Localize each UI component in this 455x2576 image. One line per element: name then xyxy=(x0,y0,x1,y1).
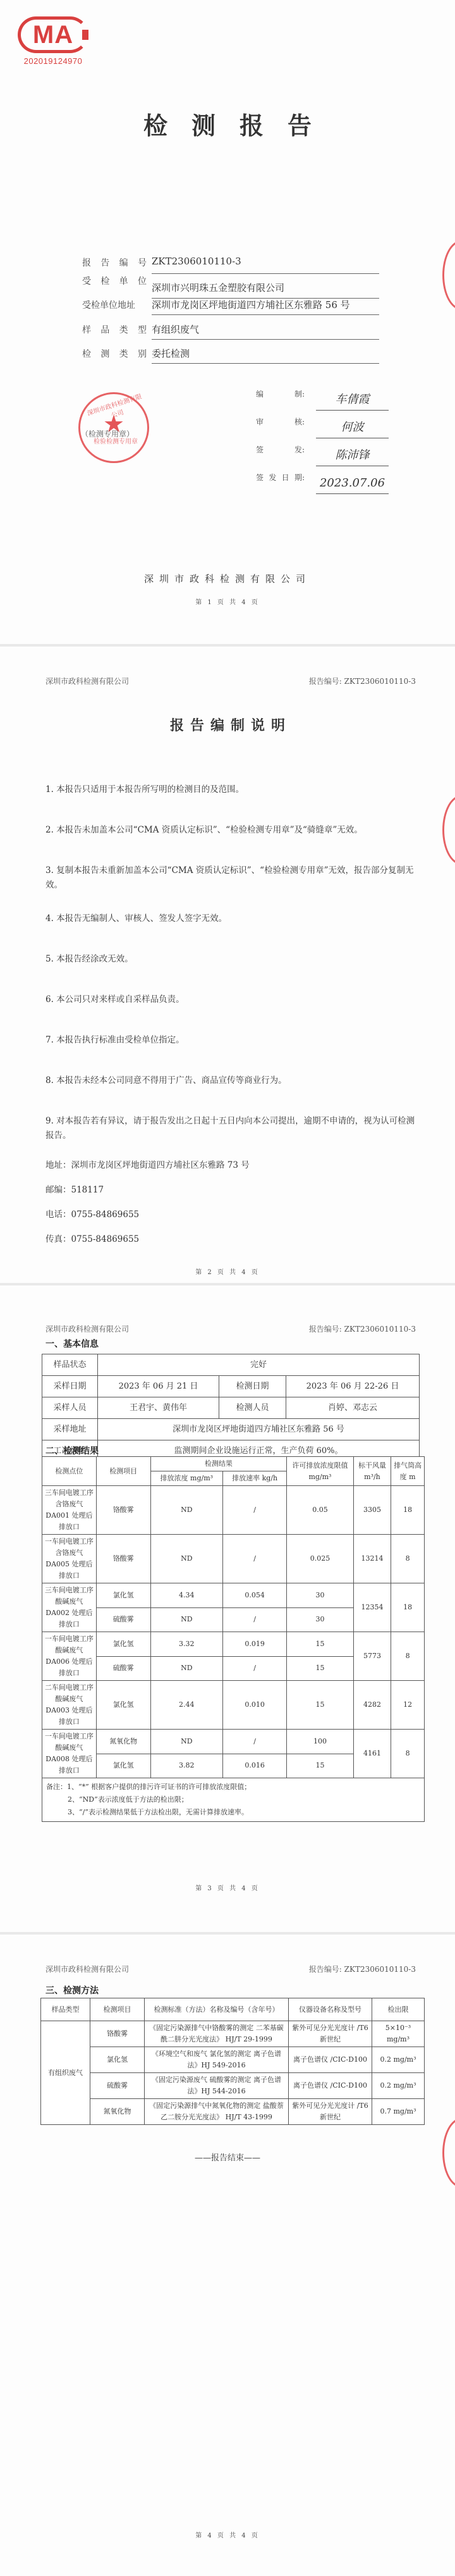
header-company: 深圳市政科检测有限公司 xyxy=(45,1323,129,1334)
issue-date: 2023.07.06 xyxy=(316,473,389,494)
info-label: 受检单位地址 xyxy=(82,297,147,311)
table-header-row: 样品类型 检测项目 检测标准（方法）名称及编号（含年号） 仪器设备名称及型号 检… xyxy=(41,1998,425,2021)
instructions-list: 1. 本报告只适用于本报告所写明的检测目的及范围。 2. 本报告未加盖本公司“C… xyxy=(45,783,418,1169)
client-address-value: 深圳市龙岗区坪地街道四方埔社区东雅路 56 号 xyxy=(152,297,379,315)
signature-row-compiler: 编制: 车倩霞 xyxy=(256,383,389,411)
instructions-title: 报告编制说明 xyxy=(0,715,455,734)
table-row: 硫酸雾 《固定污染源废气 硫酸雾的测定 离子色谱法》HJ 544-2016 离子… xyxy=(41,2073,425,2099)
sample-type: 有组织废气 xyxy=(41,2021,90,2125)
page-number: 第 1 页 共 4 页 xyxy=(0,597,455,606)
cma-number: 202019124970 xyxy=(18,56,88,66)
info-label: 报告编号 xyxy=(82,255,147,269)
remark-line: 3、“/”表示检测结果低于方法检出限，无需计算排放速率。 xyxy=(46,1806,420,1819)
page-number: 第 4 页 共 4 页 xyxy=(0,2530,455,2539)
page-number: 第 3 页 共 4 页 xyxy=(0,1883,455,1892)
report-end-mark: ——报告结束—— xyxy=(0,2151,455,2163)
info-row-sample-type: 样品类型 有组织废气 xyxy=(82,322,379,347)
test-date: 2023 年 06 月 22-26 日 xyxy=(286,1376,420,1397)
section-title-basic: 一、基本信息 xyxy=(45,1337,99,1350)
running-header: 深圳市政科检测有限公司 报告编号: ZKT2306010110-3 xyxy=(45,1964,416,1974)
running-header: 深圳市政科检测有限公司 报告编号: ZKT2306010110-3 xyxy=(45,676,416,686)
table-row: 采样人员 王君宇、黄伟年 检测人员 肖婷、邓志云 xyxy=(42,1397,420,1419)
info-row-client-address: 受检单位地址 深圳市龙岗区坪地街道四方埔社区东雅路 56 号 xyxy=(82,297,379,322)
contact-info: 地址：深圳市龙岗区坪地街道四方埔社区东雅路 73 号 邮编：518117 电话：… xyxy=(45,1158,250,1256)
client-value: 深圳市兴明珠五金塑胶有限公司 xyxy=(152,273,379,299)
header-report-no: 报告编号: ZKT2306010110-3 xyxy=(309,1964,416,1974)
signature-row-issue-date: 签发日期: 2023.07.06 xyxy=(256,466,389,494)
table-row: 有组织废气 铬酸雾 《固定污染源排气中铬酸雾的测定 二苯基碳酰二肼分光光度法》 … xyxy=(41,2021,425,2047)
table-row: 氮氧化物 《固定污染源排气中氮氧化物的测定 盐酸萘乙二胺分光光度法》 HJ/T … xyxy=(41,2099,425,2125)
info-row-client: 受检单位 深圳市兴明珠五金塑胶有限公司 xyxy=(82,273,379,298)
header-report-no: 报告编号: ZKT2306010110-3 xyxy=(309,1323,416,1334)
page-instructions: 深圳市政科检测有限公司 报告编号: ZKT2306010110-3 报告编制说明… xyxy=(0,647,455,1283)
table-row: 三车间电镀工序含铬废气 DA001 处理后排放口 铬酸雾 ND / 0.05 3… xyxy=(42,1486,425,1535)
compiler-signature: 车倩霞 xyxy=(316,389,389,411)
testers: 肖婷、邓志云 xyxy=(286,1397,420,1419)
table-row: 一车间电镀工序含铬废气 DA005 处理后排放口 铬酸雾 ND / 0.025 … xyxy=(42,1535,425,1583)
cma-logo: MA 202019124970 xyxy=(18,16,88,66)
report-number-value: ZKT2306010110-3 xyxy=(152,255,379,273)
contact-postcode: 邮编：518117 xyxy=(45,1182,250,1207)
table-row: 一车间电镀工序酸碱废气 DA008 处理后排放口 氮氧化物 ND / 100 4… xyxy=(42,1730,425,1754)
note-item: 2. 本报告未加盖本公司“CMA 资质认定标识”、“检验检测专用章”及“骑缝章”… xyxy=(45,823,418,838)
signature-row-reviewer: 审核: 何波 xyxy=(256,411,389,438)
results-table: 检测点位 检测项目 检测结果 许可排放浓度限值 mg/m³ 标干风量 m³/h … xyxy=(42,1456,425,1822)
section-title-methods: 三、检测方法 xyxy=(45,1984,99,1997)
reviewer-signature: 何波 xyxy=(316,417,389,438)
info-label: 受检单位 xyxy=(82,273,147,287)
page-cover: MA 202019124970 检测报告 报告编号 ZKT2306010110-… xyxy=(0,0,455,644)
edge-seal xyxy=(442,240,455,310)
inspection-seal: 深圳市政科检测有限公司 ★ 检验检测专用章 xyxy=(78,392,149,463)
table-row: 采样日期 2023 年 06 月 21 日 检测日期 2023 年 06 月 2… xyxy=(42,1376,420,1397)
signature-block: 编制: 车倩霞 审核: 何波 签发: 陈沛锋 签发日期: 2023.07.06 xyxy=(256,383,389,494)
samplers: 王君宇、黄伟年 xyxy=(98,1397,219,1419)
sampling-date: 2023 年 06 月 21 日 xyxy=(98,1376,219,1397)
cover-title: 检测报告 xyxy=(0,106,455,141)
info-label: 检测类别 xyxy=(82,346,147,360)
note-item: 4. 本报告无编制人、审核人、签发人签字无效。 xyxy=(45,912,418,926)
sample-type-value: 有组织废气 xyxy=(152,322,379,340)
remarks-row: 备注：1、“*” 根据客户提供的排污许可证书的许可排放浓度限值； 2、“ND”表… xyxy=(42,1778,425,1822)
cover-company-name: 深圳市政科检测有限公司 xyxy=(0,572,455,585)
cma-mark-icon: MA xyxy=(18,16,88,53)
methods-table: 样品类型 检测项目 检测标准（方法）名称及编号（含年号） 仪器设备名称及型号 检… xyxy=(40,1998,425,2125)
table-row: 一车间电镀工序酸碱废气 DA006 处理后排放口 氯化氢 3.32 0.019 … xyxy=(42,1632,425,1657)
sample-status: 完好 xyxy=(98,1354,420,1376)
note-item: 1. 本报告只适用于本报告所写明的检测目的及范围。 xyxy=(45,783,418,797)
issuer-signature: 陈沛锋 xyxy=(316,445,389,466)
signature-row-issuer: 签发: 陈沛锋 xyxy=(256,438,389,466)
section-title-results: 二、检测结果 xyxy=(45,1444,99,1457)
running-header: 深圳市政科检测有限公司 报告编号: ZKT2306010110-3 xyxy=(45,1323,416,1334)
table-row: 样品状态 完好 xyxy=(42,1354,420,1376)
page-number: 第 2 页 共 4 页 xyxy=(0,1266,455,1276)
note-item: 9. 对本报告若有异议，请于报告发出之日起十五日内向本公司提出，逾期不申请的，视… xyxy=(45,1114,418,1143)
header-company: 深圳市政科检测有限公司 xyxy=(45,1964,129,1974)
table-row: 氯化氢 《环境空气和废气 氯化氢的测定 离子色谱法》HJ 549-2016 离子… xyxy=(41,2047,425,2073)
remark-line: 备注：1、“*” 根据客户提供的排污许可证书的许可排放浓度限值； xyxy=(46,1781,420,1793)
contact-address: 地址：深圳市龙岗区坪地街道四方埔社区东雅路 73 号 xyxy=(45,1158,250,1182)
header-company: 深圳市政科检测有限公司 xyxy=(45,676,129,686)
test-category-value: 委托检测 xyxy=(152,346,379,364)
seal-caption: （检测专用章） xyxy=(81,428,134,439)
table-row: 三车间电镀工序酸碱废气 DA002 处理后排放口 氯化氢 4.34 0.054 … xyxy=(42,1583,425,1608)
edge-seal xyxy=(442,795,455,865)
note-item: 5. 本报告经涂改无效。 xyxy=(45,952,418,967)
header-report-no: 报告编号: ZKT2306010110-3 xyxy=(309,676,416,686)
note-item: 3. 复制本报告未重新加盖本公司“CMA 资质认定标识”、“检验检测专用章”无效… xyxy=(45,864,418,893)
cover-info-list: 报告编号 ZKT2306010110-3 受检单位 深圳市兴明珠五金塑胶有限公司… xyxy=(82,255,379,371)
table-header-row: 检测点位 检测项目 检测结果 许可排放浓度限值 mg/m³ 标干风量 m³/h … xyxy=(42,1457,425,1471)
remark-line: 2、“ND”表示浓度低于方法的检出限； xyxy=(46,1793,420,1806)
info-label: 样品类型 xyxy=(82,322,147,336)
note-item: 8. 本报告未经本公司同意不得用于广告、商品宣传等商业行为。 xyxy=(45,1074,418,1088)
table-row: 二车间电镀工序酸碱废气 DA003 处理后排放口 氯化氢 2.44 0.010 … xyxy=(42,1681,425,1730)
contact-phone: 电话：0755-84869655 xyxy=(45,1207,250,1232)
info-row-test-category: 检测类别 委托检测 xyxy=(82,346,379,371)
note-item: 6. 本公司只对来样或自采样品负责。 xyxy=(45,993,418,1007)
contact-fax: 传真：0755-84869655 xyxy=(45,1232,250,1256)
sampling-address: 深圳市龙岗区坪地街道四方埔社区东雅路 56 号 xyxy=(98,1419,420,1440)
note-item: 7. 本报告执行标准由受检单位指定。 xyxy=(45,1033,418,1048)
table-row: 采样地址 深圳市龙岗区坪地街道四方埔社区东雅路 56 号 xyxy=(42,1419,420,1440)
